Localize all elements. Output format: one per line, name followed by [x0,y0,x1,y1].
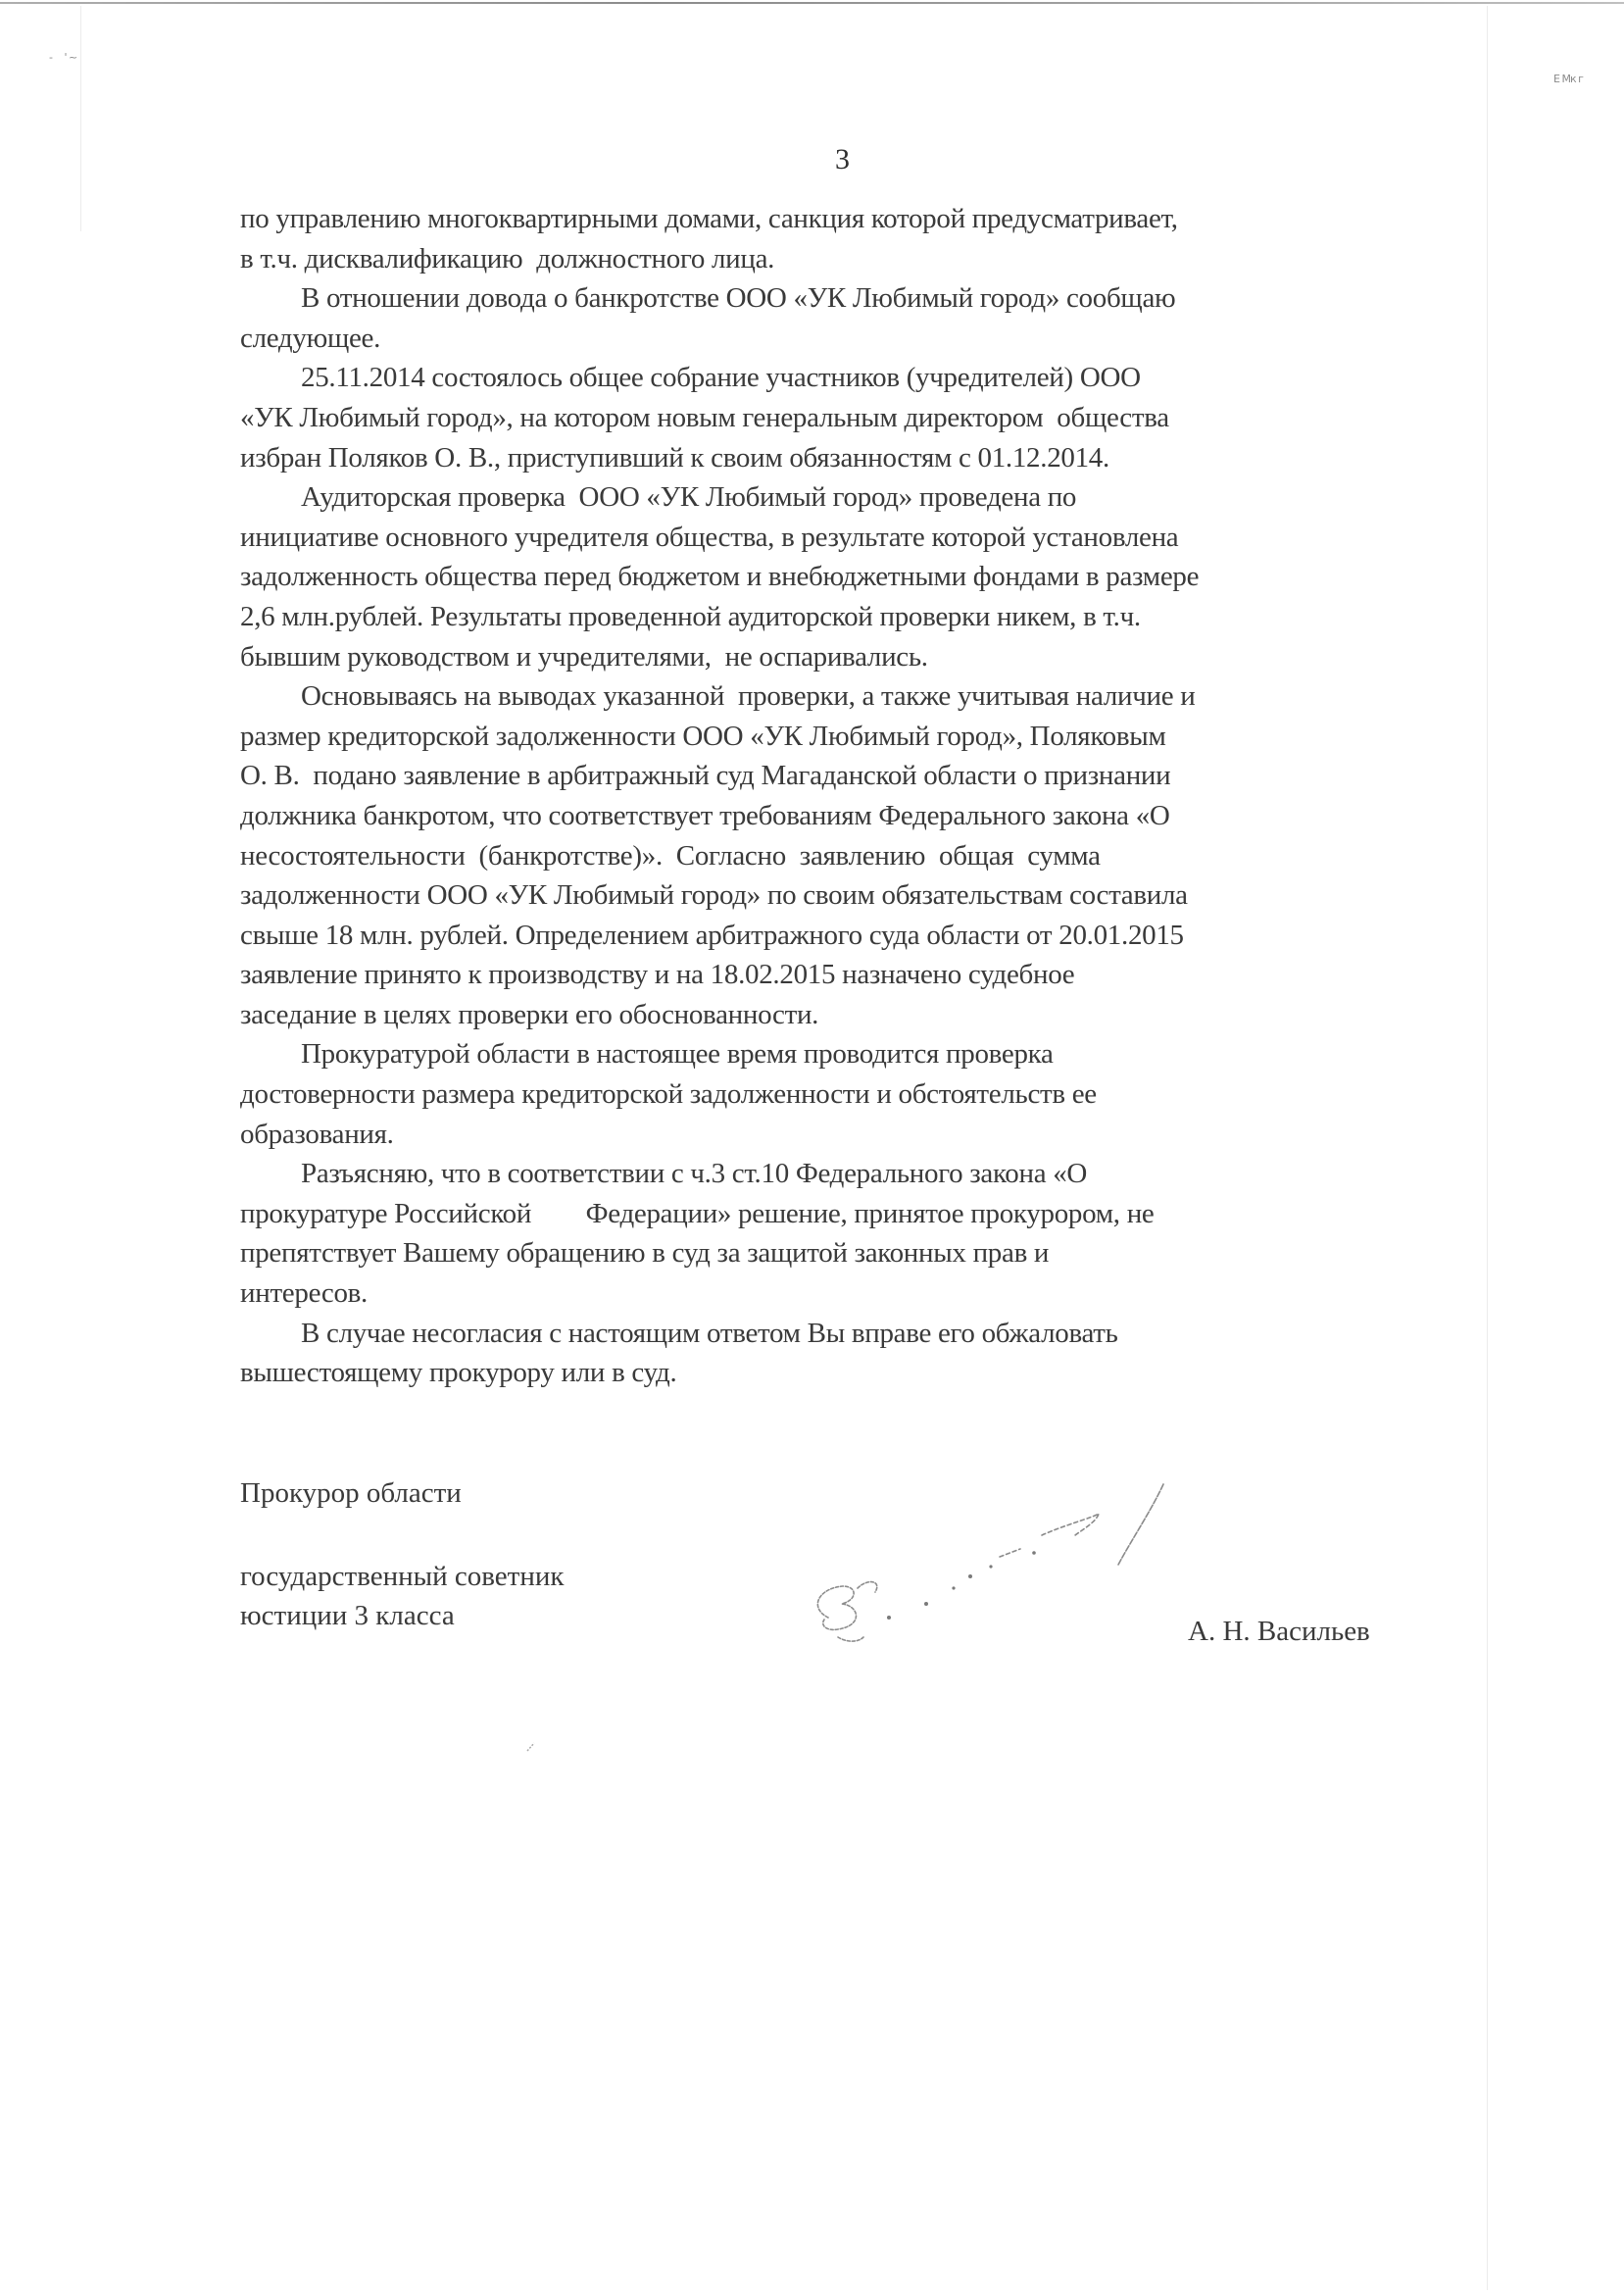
text-line: О. В. подано заявление в арбитражный суд… [240,756,1453,796]
text-line: В случае несогласия с настоящим ответом … [240,1314,1453,1354]
paragraph: В отношении довода о банкротстве ООО «УК… [240,278,1453,358]
paragraph: Аудиторская проверка ООО «УК Любимый гор… [240,477,1453,676]
text-line: препятствует Вашему обращению в суд за з… [240,1233,1453,1273]
page-number: 3 [835,143,850,176]
text-line: задолженность общества перед бюджетом и … [240,557,1453,597]
text-line: должника банкротом, что соответствует тр… [240,796,1453,836]
text-line: вышестоящему прокурору или в суд. [240,1353,1453,1393]
text-line: образования. [240,1115,1453,1155]
signatory-position: Прокурор области [240,1477,462,1510]
text-line: заседание в целях проверки его обоснован… [240,995,1453,1035]
text-line: избран Поляков О. В., приступивший к сво… [240,438,1453,478]
paragraph: Основываясь на выводах указанной проверк… [240,676,1453,1034]
paragraph: В случае несогласия с настоящим ответом … [240,1314,1453,1393]
text-line: интересов. [240,1273,1453,1314]
text-line: Разъясняю, что в соответствии с ч.3 ст.1… [240,1154,1453,1194]
text-line: Аудиторская проверка ООО «УК Любимый гор… [240,477,1453,518]
scan-speck-top-left: - ' ~ [49,51,76,64]
text-line: прокуратуре Российской Федерации» решени… [240,1194,1453,1234]
paragraph: Разъясняю, что в соответствии с ч.3 ст.1… [240,1154,1453,1313]
text-line: инициативе основного учредителя общества… [240,518,1453,558]
text-line: по управлению многоквартирными домами, с… [240,199,1453,239]
text-line: следующее. [240,319,1453,359]
text-line: В отношении довода о банкротстве ООО «УК… [240,278,1453,319]
text-line: несостоятельности (банкротстве)». Соглас… [240,836,1453,876]
scan-speck [524,1740,538,1754]
scan-margin-line-right [1487,6,1488,2290]
text-line: Прокуратурой области в настоящее время п… [240,1034,1453,1074]
paragraph: Прокуратурой области в настоящее время п… [240,1034,1453,1154]
text-line: задолженности ООО «УК Любимый город» по … [240,875,1453,916]
scan-top-edge [0,2,1624,4]
signatory-name: А. Н. Васильев [1188,1616,1370,1648]
text-line: размер кредиторской задолженности ООО «У… [240,717,1453,757]
text-line: свыше 18 млн. рублей. Определением арбит… [240,916,1453,956]
text-line: 25.11.2014 состоялось общее собрание уча… [240,358,1453,398]
text-line: «УК Любимый город», на котором новым ген… [240,398,1453,438]
signatory-rank-line-2: юстиции 3 класса [240,1600,455,1632]
paragraph: 25.11.2014 состоялось общее собрание уча… [240,358,1453,477]
letter-body: по управлению многоквартирными домами, с… [240,199,1453,1393]
signatory-rank-line-1: государственный советник [240,1561,564,1593]
text-line: 2,6 млн.рублей. Результаты проведенной а… [240,597,1453,637]
text-line: Основываясь на выводах указанной проверк… [240,676,1453,717]
text-line: в т.ч. дисквалификацию должностного лица… [240,239,1453,279]
scan-margin-line-left [80,6,81,231]
corner-mark: Е Мк г [1553,73,1583,85]
text-line: достоверности размера кредиторской задол… [240,1074,1453,1115]
paragraph: по управлению многоквартирными домами, с… [240,199,1453,278]
text-line: бывшим руководством и учредителями, не о… [240,637,1453,677]
text-line: заявление принято к производству и на 18… [240,955,1453,995]
